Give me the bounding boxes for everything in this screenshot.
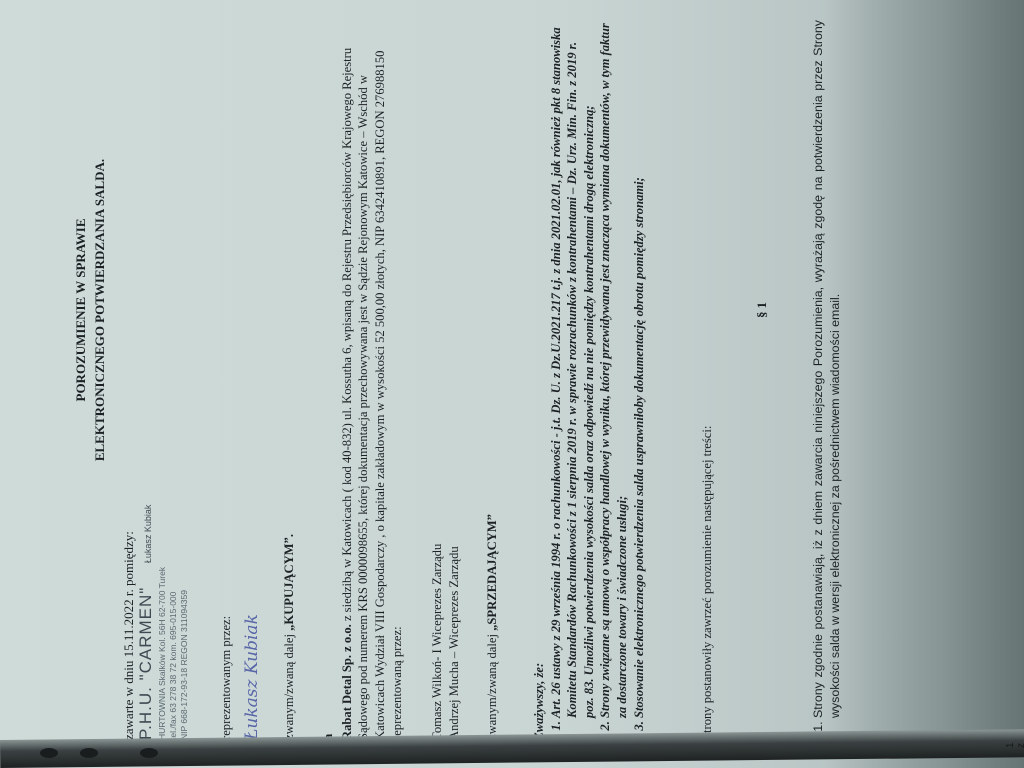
terms-list: Strony zgodnie postanawiają, iż z dniem … [810,20,843,740]
binder-hole [40,748,58,758]
title-line-2: ELEKTRONICZNEGO POTWIERDZANIA SALDA. [91,20,110,600]
seller-called-prefix: zwanym/zwaną dalej [485,631,499,740]
binder-hole [140,748,158,758]
whereas-list: Art. 26 ustawy z 29 września 1994 r. o r… [548,20,648,740]
buyer-stamp-line2: tel./fax 63 278 38 72 kom. 695-015-000 [168,20,179,740]
seller-called: zwanym/zwaną dalej „SPRZEDAJĄCYM” [484,20,501,740]
buyer-stamp: P.H.U. "CARMEN" Łukasz Kubiak HURTOWNIA … [135,20,191,740]
whereas-heading: Zważywszy, że: [531,20,548,740]
whereas-item: Stosowanie elektronicznego potwierdzenia… [631,20,648,718]
buyer-stamp-line1: HURTOWNIA Skalków Kol. 56H 62-700 Turek [157,20,168,740]
buyer-role: „KUPUJĄCYM”. [282,534,296,631]
whereas-item: Strony związane są umową o współpracy ha… [597,20,630,718]
page-indicator: 1 z 2 [1005,729,1024,748]
board-members: Tomasz Wilkoń- I Wiceprezes Zarządu Andr… [429,20,462,740]
term-item: Strony zgodnie postanawiają, iż z dniem … [810,20,843,718]
document-title: POROZUMIENIE W SPRAWIE ELEKTRONICZNEGO P… [72,20,110,600]
seller-name: Rabat Detal Sp. z o.o. [340,624,354,740]
whereas-item: Art. 26 ustawy z 29 września 1994 r. o r… [548,20,598,718]
buyer-signature: Łukasz Kubiak [241,20,263,740]
decided-line: Strony postanowiły zawrzeć porozumienie … [699,20,716,740]
section-heading: § 1 [754,20,771,600]
and-marker: a [320,20,337,740]
agreement-page: POROZUMIENIE W SPRAWIE ELEKTRONICZNEGO P… [72,20,892,740]
buyer-stamp-person: Łukasz Kubiak [143,505,153,564]
buyer-called: zwanym/zwaną dalej „KUPUJĄCYM”. [281,20,298,740]
board-member: Andrzej Mucha – Wiceprezes Zarządu [446,20,463,740]
seller-role: „SPRZEDAJĄCYM” [485,514,499,631]
buyer-stamp-name: P.H.U. "CARMEN" [136,587,155,740]
buyer-stamp-line3: NIP 668-172-93-18 REGON 311094359 [179,20,190,740]
board-member: Tomasz Wilkoń- I Wiceprezes Zarządu [429,20,446,740]
title-line-1: POROZUMIENIE W SPRAWIE [72,20,91,600]
seller-description: Rabat Detal Sp. z o.o. z siedzibą w Kato… [339,20,389,740]
binder-hole [80,748,98,758]
seller-represented-label: reprezentowaną przez: [389,20,406,740]
buyer-represented-label: reprezentowanym przez: [218,20,235,740]
buyer-called-prefix: zwanym/zwaną dalej [282,631,296,740]
